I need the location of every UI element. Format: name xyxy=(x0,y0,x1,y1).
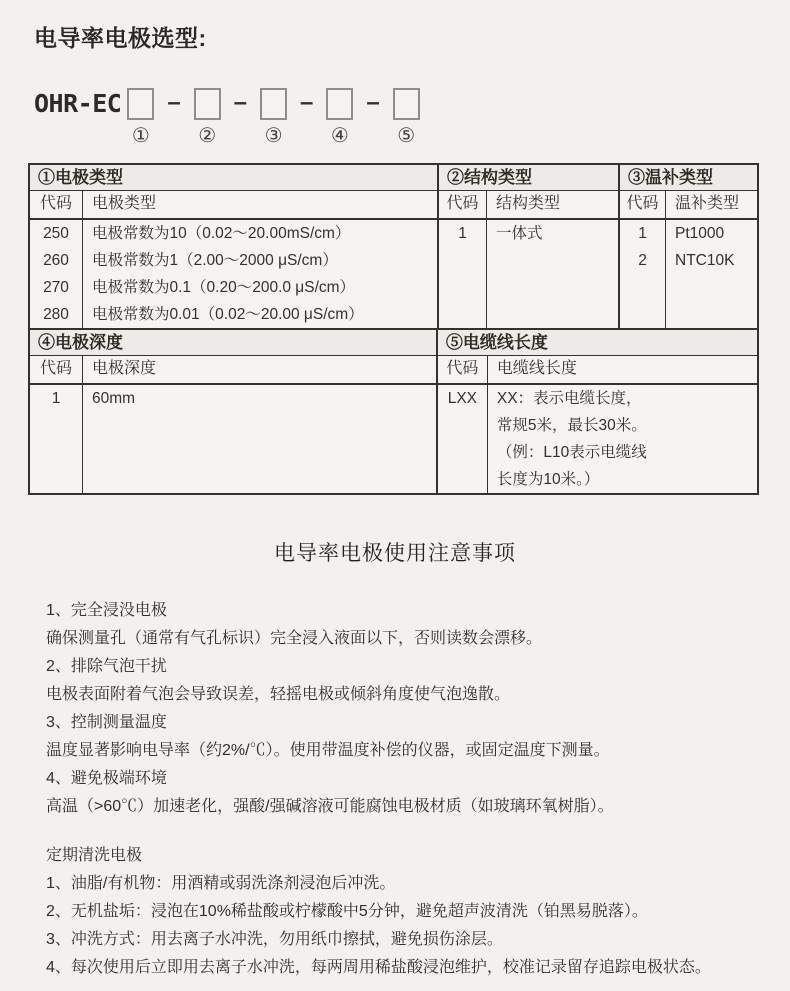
model-slot-box-3 xyxy=(260,88,287,120)
code-header-cell: 代码 xyxy=(30,356,83,383)
note-line: 电极表面附着气泡会导致误差，轻摇电极或倾斜角度使气泡逸散。 xyxy=(46,681,758,709)
table-header-row: 代码 温补类型 xyxy=(620,191,757,220)
value-cell: 一体式 xyxy=(496,220,618,247)
cleaning-line: 1、油脂/有机物：用酒精或弱洗涤剂浸泡后冲洗。 xyxy=(46,870,758,898)
code-cell: 1 xyxy=(620,220,665,247)
code-cell: 280 xyxy=(30,301,82,328)
page-title: 电导率电极选型: xyxy=(34,20,207,53)
code-cell: 2 xyxy=(620,247,665,274)
value-column: 60mm xyxy=(83,385,436,493)
note-line: 1、完全浸没电极 xyxy=(46,597,758,625)
table-body: LXX XX：表示电缆长度， 常规5米，最长30米。 （例：L10表示电缆线 长… xyxy=(438,385,757,493)
notes-title: 电导率电极使用注意事项 xyxy=(0,537,790,567)
model-slot-box-5 xyxy=(393,88,420,120)
cleaning-line: 4、每次使用后立即用去离子水冲洗，每两周用稀盐酸浸泡维护，校准记录留存追踪电极状… xyxy=(46,954,758,982)
table-electrode-type: ①电极类型 代码 电极类型 250 260 270 280 电极常数为10（0.… xyxy=(28,163,439,330)
value-header-cell: 电极深度 xyxy=(83,356,436,383)
tables-row-2: ④电极深度 代码 电极深度 1 60mm ⑤电缆线长度 代码 xyxy=(28,328,759,495)
code-cell: 270 xyxy=(30,274,82,301)
model-slot-5: ⑤ xyxy=(393,88,420,146)
value-cell: 电极常数为1（2.00～2000 μS/cm） xyxy=(92,247,437,274)
note-line: 3、控制测量温度 xyxy=(46,709,758,737)
value-cell: 60mm xyxy=(92,385,436,412)
value-header-cell: 结构类型 xyxy=(487,191,618,218)
cleaning-line: 3、冲洗方式：用去离子水冲洗，勿用纸巾擦拭，避免损伤涂层。 xyxy=(46,926,758,954)
table-header-row: 代码 电极深度 xyxy=(30,356,436,385)
note-line: 高温（>60℃）加速老化，强酸/强碱溶液可能腐蚀电极材质（如玻璃环氧树脂）。 xyxy=(46,793,758,821)
table-body: 1 一体式 xyxy=(439,220,618,328)
model-prefix: OHR-EC xyxy=(34,88,121,120)
value-cell: 电极常数为0.1（0.20～200.0 μS/cm） xyxy=(92,274,437,301)
model-slot-number-5: ⑤ xyxy=(397,126,415,146)
value-cell: 电极常数为10（0.02～20.00mS/cm） xyxy=(92,220,437,247)
value-column: XX：表示电缆长度， 常规5米，最长30米。 （例：L10表示电缆线 长度为10… xyxy=(488,385,757,493)
model-slot-box-4 xyxy=(326,88,353,120)
selection-tables: ①电极类型 代码 电极类型 250 260 270 280 电极常数为10（0.… xyxy=(28,163,759,495)
note-line: 2、排除气泡干扰 xyxy=(46,653,758,681)
code-cell: LXX xyxy=(438,385,487,412)
table-body: 250 260 270 280 电极常数为10（0.02～20.00mS/cm）… xyxy=(30,220,437,328)
notes-body: 1、完全浸没电极 确保测量孔（通常有气孔标识）完全浸入液面以下，否则读数会漂移。… xyxy=(46,597,758,982)
model-slot-box-1 xyxy=(127,88,154,120)
table-temp-comp-type: ③温补类型 代码 温补类型 1 2 Pt1000 NTC10K xyxy=(618,163,759,330)
note-line: 确保测量孔（通常有气孔标识）完全浸入液面以下，否则读数会漂移。 xyxy=(46,625,758,653)
model-dash-separator: – xyxy=(366,88,379,118)
code-column: 250 260 270 280 xyxy=(30,220,83,328)
model-dash-separator: – xyxy=(167,88,180,118)
code-column: 1 xyxy=(30,385,83,493)
table-band-title: ①电极类型 xyxy=(30,165,437,191)
code-column: 1 2 xyxy=(620,220,666,328)
note-line: 4、避免极端环境 xyxy=(46,765,758,793)
value-header-cell: 电缆线长度 xyxy=(488,356,757,383)
code-column: LXX xyxy=(438,385,488,493)
value-cell: Pt1000 xyxy=(675,220,757,247)
value-header-cell: 电极类型 xyxy=(83,191,437,218)
model-slot-2: ② xyxy=(194,88,221,146)
table-band-title: ②结构类型 xyxy=(439,165,618,191)
cleaning-line: 2、无机盐垢：浸泡在10%稀盐酸或柠檬酸中5分钟，避免超声波清洗（铂黑易脱落）。 xyxy=(46,898,758,926)
code-cell: 1 xyxy=(439,220,486,247)
table-band-title: ⑤电缆线长度 xyxy=(438,330,757,356)
code-cell: 1 xyxy=(30,385,82,412)
table-cable-length: ⑤电缆线长度 代码 电缆线长度 LXX XX：表示电缆长度， 常规5米，最长30… xyxy=(436,328,759,495)
value-cell: 电极常数为0.01（0.02～20.00 μS/cm） xyxy=(92,301,437,328)
model-dash-separator: – xyxy=(234,88,247,118)
table-body: 1 2 Pt1000 NTC10K xyxy=(620,220,757,328)
value-column: 一体式 xyxy=(487,220,618,328)
model-slot-number-2: ② xyxy=(198,126,216,146)
value-column: Pt1000 NTC10K xyxy=(666,220,757,328)
value-column: 电极常数为10（0.02～20.00mS/cm） 电极常数为1（2.00～200… xyxy=(83,220,437,328)
model-dash-separator: – xyxy=(300,88,313,118)
tables-row-1: ①电极类型 代码 电极类型 250 260 270 280 电极常数为10（0.… xyxy=(28,163,759,330)
cleaning-title: 定期清洗电极 xyxy=(46,842,758,870)
table-structure-type: ②结构类型 代码 结构类型 1 一体式 xyxy=(437,163,620,330)
table-electrode-depth: ④电极深度 代码 电极深度 1 60mm xyxy=(28,328,438,495)
code-header-cell: 代码 xyxy=(439,191,487,218)
value-header-cell: 温补类型 xyxy=(666,191,757,218)
document-page: 电导率电极选型: OHR-EC ① – ② – ③ – ④ – ⑤ xyxy=(0,0,790,991)
code-header-cell: 代码 xyxy=(438,356,488,383)
model-slot-number-3: ③ xyxy=(265,126,283,146)
table-header-row: 代码 电极类型 xyxy=(30,191,437,220)
code-header-cell: 代码 xyxy=(30,191,83,218)
note-line: 温度显著影响电导率（约2%/℃）。使用带温度补偿的仪器，或固定温度下测量。 xyxy=(46,737,758,765)
table-header-row: 代码 结构类型 xyxy=(439,191,618,220)
table-band-title: ④电极深度 xyxy=(30,330,436,356)
model-slot-number-1: ① xyxy=(132,126,150,146)
model-slot-number-4: ④ xyxy=(331,126,349,146)
table-band-title: ③温补类型 xyxy=(620,165,757,191)
model-code-row: OHR-EC ① – ② – ③ – ④ – ⑤ xyxy=(34,88,420,146)
value-cell: XX：表示电缆长度， 常规5米，最长30米。 （例：L10表示电缆线 长度为10… xyxy=(497,385,757,493)
table-body: 1 60mm xyxy=(30,385,436,493)
cleaning-section: 定期清洗电极 1、油脂/有机物：用酒精或弱洗涤剂浸泡后冲洗。 2、无机盐垢：浸泡… xyxy=(46,842,758,982)
model-slot-1: ① xyxy=(127,88,154,146)
code-header-cell: 代码 xyxy=(620,191,666,218)
model-slot-box-2 xyxy=(194,88,221,120)
value-cell: NTC10K xyxy=(675,247,757,274)
code-column: 1 xyxy=(439,220,487,328)
model-slot-3: ③ xyxy=(260,88,287,146)
model-slot-4: ④ xyxy=(326,88,353,146)
code-cell: 260 xyxy=(30,247,82,274)
table-header-row: 代码 电缆线长度 xyxy=(438,356,757,385)
code-cell: 250 xyxy=(30,220,82,247)
